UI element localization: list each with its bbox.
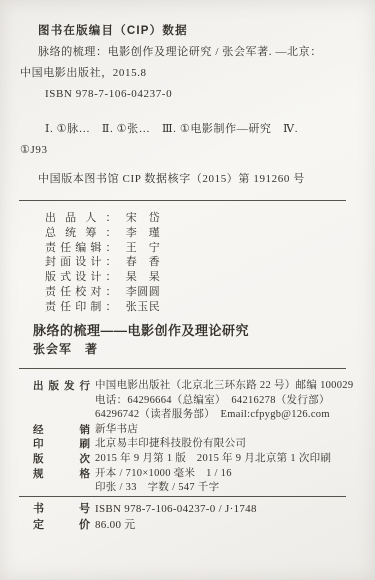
pub-value: 中国电影出版社（北京北三环东路 22 号）邮编 100029	[95, 379, 353, 394]
credit-label: 封面设计：	[45, 255, 117, 270]
credit-name: 张玉民	[126, 301, 161, 313]
pricing-row-isbn: 书号 ISBN 978-7-106-04237-0 / J·1748	[33, 501, 365, 517]
book-author: 张会军 著	[33, 341, 249, 358]
pricing-block: 书号 ISBN 978-7-106-04237-0 / J·1748 定价 86…	[33, 501, 365, 533]
credit-name: 王 宁	[126, 242, 161, 254]
pub-label	[33, 394, 90, 409]
cip-classification-line: Ⅰ. ①脉… Ⅱ. ①张… Ⅲ. ①电影制作—研究 Ⅳ.	[20, 119, 357, 140]
pub-value: 北京易丰印捷科技股份有限公司	[95, 437, 246, 452]
publication-block: 出版发行 中国电影出版社（北京北三环东路 22 号）邮编 100029 电话：6…	[33, 379, 365, 496]
credit-row-proofreader: 责任校对： 李圆圆	[45, 285, 160, 300]
credit-row-editor: 责任编辑： 王 宁	[45, 241, 160, 256]
pub-value: 64296742（读者服务部） Email:cfpygb@126.com	[95, 408, 330, 423]
pub-row-format: 规格 开本 / 710×1000 毫米 1 / 16	[33, 467, 365, 482]
pub-value: 新华书店	[95, 423, 138, 438]
pub-value: 印张 / 33 字数 / 547 千字	[95, 481, 219, 496]
pricing-value: 86.00 元	[95, 517, 136, 533]
credit-label: 责任校对：	[45, 285, 117, 300]
pricing-value: ISBN 978-7-106-04237-0 / J·1748	[95, 501, 257, 517]
pub-row-printer: 印刷 北京易丰印捷科技股份有限公司	[33, 437, 365, 452]
title-block: 脉络的梳理——电影创作及理论研究 张会军 著	[33, 321, 249, 358]
cip-block: 图书在版编目（CIP）数据 脉络的梳理：电影创作及理论研究 / 张会军著. —北…	[20, 21, 357, 190]
credit-name: 宋 岱	[126, 212, 161, 224]
pub-label: 印刷	[33, 437, 90, 452]
book-title: 脉络的梳理——电影创作及理论研究	[33, 321, 249, 341]
cip-record-line: 中国版本图书馆 CIP 数据核字（2015）第 191260 号	[20, 169, 357, 190]
pub-row-distributor: 经销 新华书店	[33, 423, 365, 438]
pub-row-service-email: 64296742（读者服务部） Email:cfpygb@126.com	[33, 408, 365, 423]
pub-value: 电话：64296664（总编室） 64216278（发行部）	[95, 394, 330, 409]
cip-heading: 图书在版编目（CIP）数据	[20, 21, 357, 42]
pub-row-publisher: 出版发行 中国电影出版社（北京北三环东路 22 号）邮编 100029	[33, 379, 365, 394]
credit-label: 责任编辑：	[45, 241, 117, 256]
pub-label	[33, 481, 90, 496]
copyright-page: 图书在版编目（CIP）数据 脉络的梳理：电影创作及理论研究 / 张会军著. —北…	[0, 0, 375, 580]
credit-label: 总统筹：	[45, 226, 117, 241]
cip-publisher-line: 中国电影出版社，2015.8	[20, 63, 357, 84]
credit-label: 版式设计：	[45, 270, 117, 285]
divider-middle	[19, 368, 346, 369]
pub-label	[33, 408, 90, 423]
credit-label: 出品人：	[45, 211, 117, 226]
credit-row-producer: 出品人： 宋 岱	[45, 211, 160, 226]
pub-value: 2015 年 9 月第 1 版 2015 年 9 月北京第 1 次印刷	[95, 452, 331, 467]
cip-class-code-line: ①J93	[20, 140, 357, 161]
pub-label: 规格	[33, 467, 90, 482]
credit-name: 杲 杲	[126, 271, 161, 283]
credit-name: 李 瑾	[126, 227, 161, 239]
pricing-row-price: 定价 86.00 元	[33, 517, 365, 533]
pricing-label: 定价	[33, 517, 90, 533]
credits-block: 出品人： 宋 岱 总统筹： 李 瑾 责任编辑： 王 宁 封面设计： 春 香 版式…	[45, 211, 160, 315]
pub-row-edition: 版次 2015 年 9 月第 1 版 2015 年 9 月北京第 1 次印刷	[33, 452, 365, 467]
pub-label: 经销	[33, 423, 90, 438]
credit-name: 李圆圆	[126, 286, 161, 298]
divider-top	[19, 200, 346, 201]
credit-name: 春 香	[126, 256, 161, 268]
credit-row-cover-design: 封面设计： 春 香	[45, 255, 160, 270]
credit-row-coordinator: 总统筹： 李 瑾	[45, 226, 160, 241]
credit-row-layout-design: 版式设计： 杲 杲	[45, 270, 160, 285]
pub-row-sheets-wordcount: 印张 / 33 字数 / 547 千字	[33, 481, 365, 496]
cip-isbn-line: ISBN 978-7-106-04237-0	[20, 84, 357, 105]
cip-title-line: 脉络的梳理：电影创作及理论研究 / 张会军著. —北京：	[20, 42, 357, 63]
pub-value: 开本 / 710×1000 毫米 1 / 16	[95, 467, 232, 482]
pub-label: 出版发行	[33, 379, 90, 394]
credit-label: 责任印制：	[45, 300, 117, 315]
divider-bottom	[19, 496, 346, 497]
pricing-label: 书号	[33, 501, 90, 517]
pub-row-phone: 电话：64296664（总编室） 64216278（发行部）	[33, 394, 365, 409]
credit-row-print-supervisor: 责任印制： 张玉民	[45, 300, 160, 315]
pub-label: 版次	[33, 452, 90, 467]
